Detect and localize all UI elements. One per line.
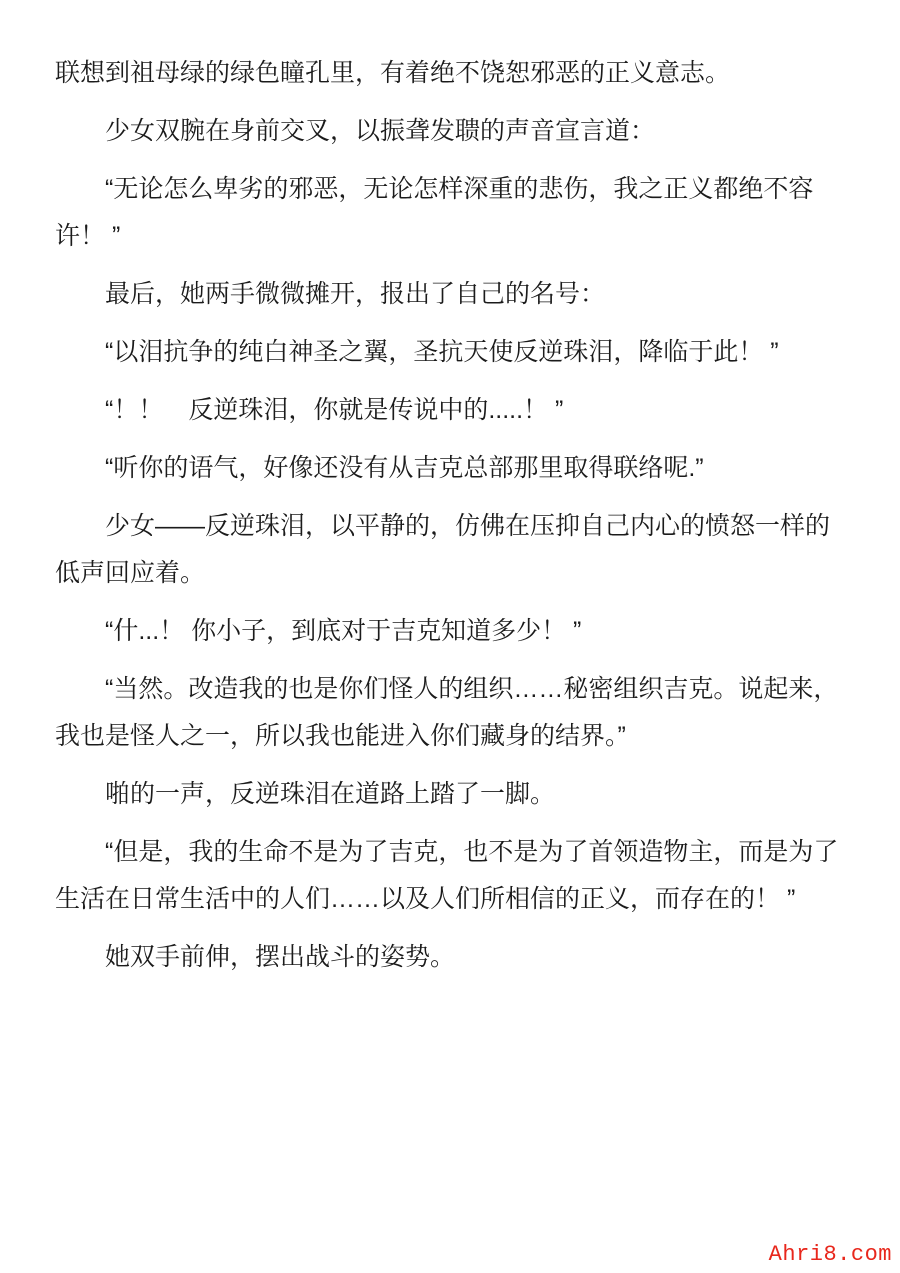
- paragraph: “但是，我的生命不是为了吉克，也不是为了首领造物主，而是为了生活在日常生活中的人…: [55, 829, 847, 923]
- paragraph: 少女双腕在身前交叉，以振聋发聩的声音宣言道：: [55, 108, 847, 155]
- paragraph: 最后，她两手微微摊开，报出了自己的名号：: [55, 271, 847, 318]
- paragraph: “当然。改造我的也是你们怪人的组织……秘密组织吉克。说起来，我也是怪人之一，所以…: [55, 666, 847, 760]
- paragraph: “以泪抗争的纯白神圣之翼，圣抗天使反逆珠泪，降临于此！ ”: [55, 329, 847, 376]
- paragraph: 联想到祖母绿的绿色瞳孔里，有着绝不饶恕邪恶的正义意志。: [55, 50, 847, 97]
- paragraph: 少女——反逆珠泪，以平静的，仿佛在压抑自己内心的愤怒一样的低声回应着。: [55, 503, 847, 597]
- paragraph: “什...！ 你小子，到底对于吉克知道多少！ ”: [55, 608, 847, 655]
- paragraph: “无论怎么卑劣的邪恶，无论怎样深重的悲伤，我之正义都绝不容许！ ”: [55, 166, 847, 260]
- paragraph: 啪的一声，反逆珠泪在道路上踏了一脚。: [55, 771, 847, 818]
- novel-page: 联想到祖母绿的绿色瞳孔里，有着绝不饶恕邪恶的正义意志。少女双腕在身前交叉，以振聋…: [0, 0, 900, 1273]
- paragraph: “听你的语气，好像还没有从吉克总部那里取得联络呢.”: [55, 445, 847, 492]
- paragraph: “！！ 反逆珠泪，你就是传说中的.....！ ”: [55, 387, 847, 434]
- watermark-text: Ahri8.com: [769, 1242, 892, 1267]
- novel-text-block: 联想到祖母绿的绿色瞳孔里，有着绝不饶恕邪恶的正义意志。少女双腕在身前交叉，以振聋…: [55, 50, 847, 992]
- paragraph: 她双手前伸，摆出战斗的姿势。: [55, 934, 847, 981]
